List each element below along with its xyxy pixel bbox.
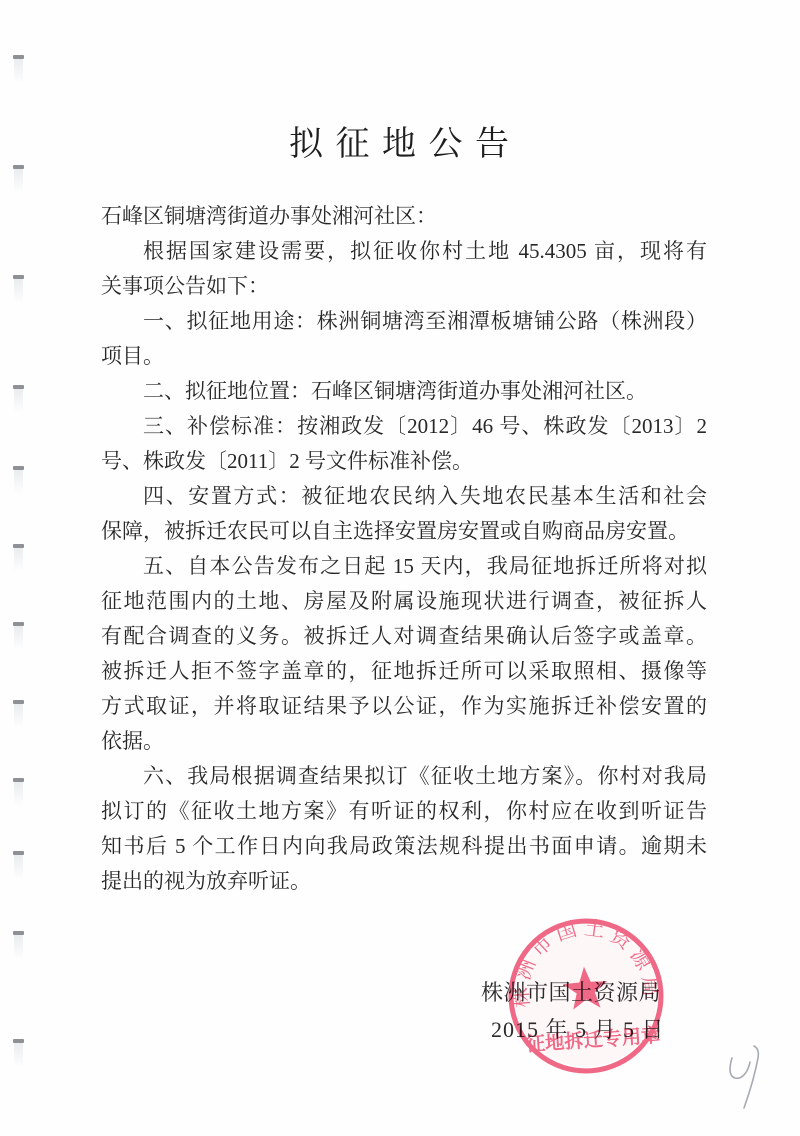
document-line: 依据。: [101, 724, 707, 759]
document-body: 石峰区铜塘湾街道办事处湘河社区：根据国家建设需要，拟征收你村土地 45.4305…: [101, 199, 707, 899]
document-line: 项目。: [101, 339, 707, 374]
scan-smudge-mark: [13, 622, 24, 652]
scan-smudge-mark: [13, 700, 24, 730]
handwritten-stroke: [744, 1046, 758, 1108]
document-line: 提出的视为放弃听证。: [101, 864, 707, 899]
document-line: 拟订的《征收土地方案》有听证的权利，你村应在收到听证告: [101, 794, 707, 829]
document-line: 知书后 5 个工作日内向我局政策法规科提出书面申请。逾期未: [101, 829, 707, 864]
scan-smudge-mark: [13, 165, 24, 195]
scan-smudge-mark: [13, 55, 24, 85]
document-line: 关事项公告如下：: [101, 269, 707, 304]
handwritten-stroke: [730, 1058, 750, 1078]
document-line: 一、拟征地用途：株洲铜塘湾至湘潭板塘铺公路（株洲段）: [101, 304, 707, 339]
document-line: 征地范围内的土地、房屋及附属设施现状进行调查，被征拆人: [101, 584, 707, 619]
scan-smudge-mark: [13, 1039, 24, 1069]
document-line: 根据国家建设需要，拟征收你村土地 45.4305 亩，现将有: [101, 234, 707, 269]
scan-smudge-mark: [13, 466, 24, 496]
document-line: 被拆迁人拒不签字盖章的，征地拆迁所可以采取照相、摄像等: [101, 654, 707, 689]
scan-smudge-mark: [13, 931, 24, 961]
document-line: 保障，被拆迁农民可以自主选择安置房安置或自购商品房安置。: [101, 514, 707, 549]
page-title: 拟 征 地 公 告: [0, 116, 800, 165]
document-line: 有配合调查的义务。被拆迁人对调查结果确认后签字或盖章。: [101, 619, 707, 654]
scan-smudge-mark: [13, 275, 24, 305]
document-line: 四、安置方式：被征地农民纳入失地农民基本生活和社会: [101, 479, 707, 514]
document-line: 六、我局根据调查结果拟订《征收土地方案》。你村对我局: [101, 759, 707, 794]
scan-smudge-mark: [13, 778, 24, 808]
scanned-document-page: 拟 征 地 公 告 石峰区铜塘湾街道办事处湘河社区：根据国家建设需要，拟征收你村…: [0, 0, 800, 1136]
scan-smudge-mark: [13, 385, 24, 415]
document-line: 方式取证，并将取证结果予以公证，作为实施拆迁补偿安置的: [101, 689, 707, 724]
handwritten-mark: [712, 1038, 772, 1118]
document-line: 五、自本公告发布之日起 15 天内，我局征地拆迁所将对拟: [101, 549, 707, 584]
official-seal-stamp: 株洲市国土资源局 征地拆迁专用章: [507, 917, 665, 1075]
document-line: 石峰区铜塘湾街道办事处湘河社区：: [101, 199, 707, 234]
document-line: 号、株政发〔2011〕2 号文件标准补偿。: [101, 444, 707, 479]
document-line: 三、补偿标准：按湘政发〔2012〕46 号、株政发〔2013〕2: [101, 409, 707, 444]
scan-smudge-mark: [13, 544, 24, 574]
document-line: 二、拟征地位置：石峰区铜塘湾街道办事处湘河社区。: [101, 374, 707, 409]
scan-smudge-mark: [13, 851, 24, 881]
